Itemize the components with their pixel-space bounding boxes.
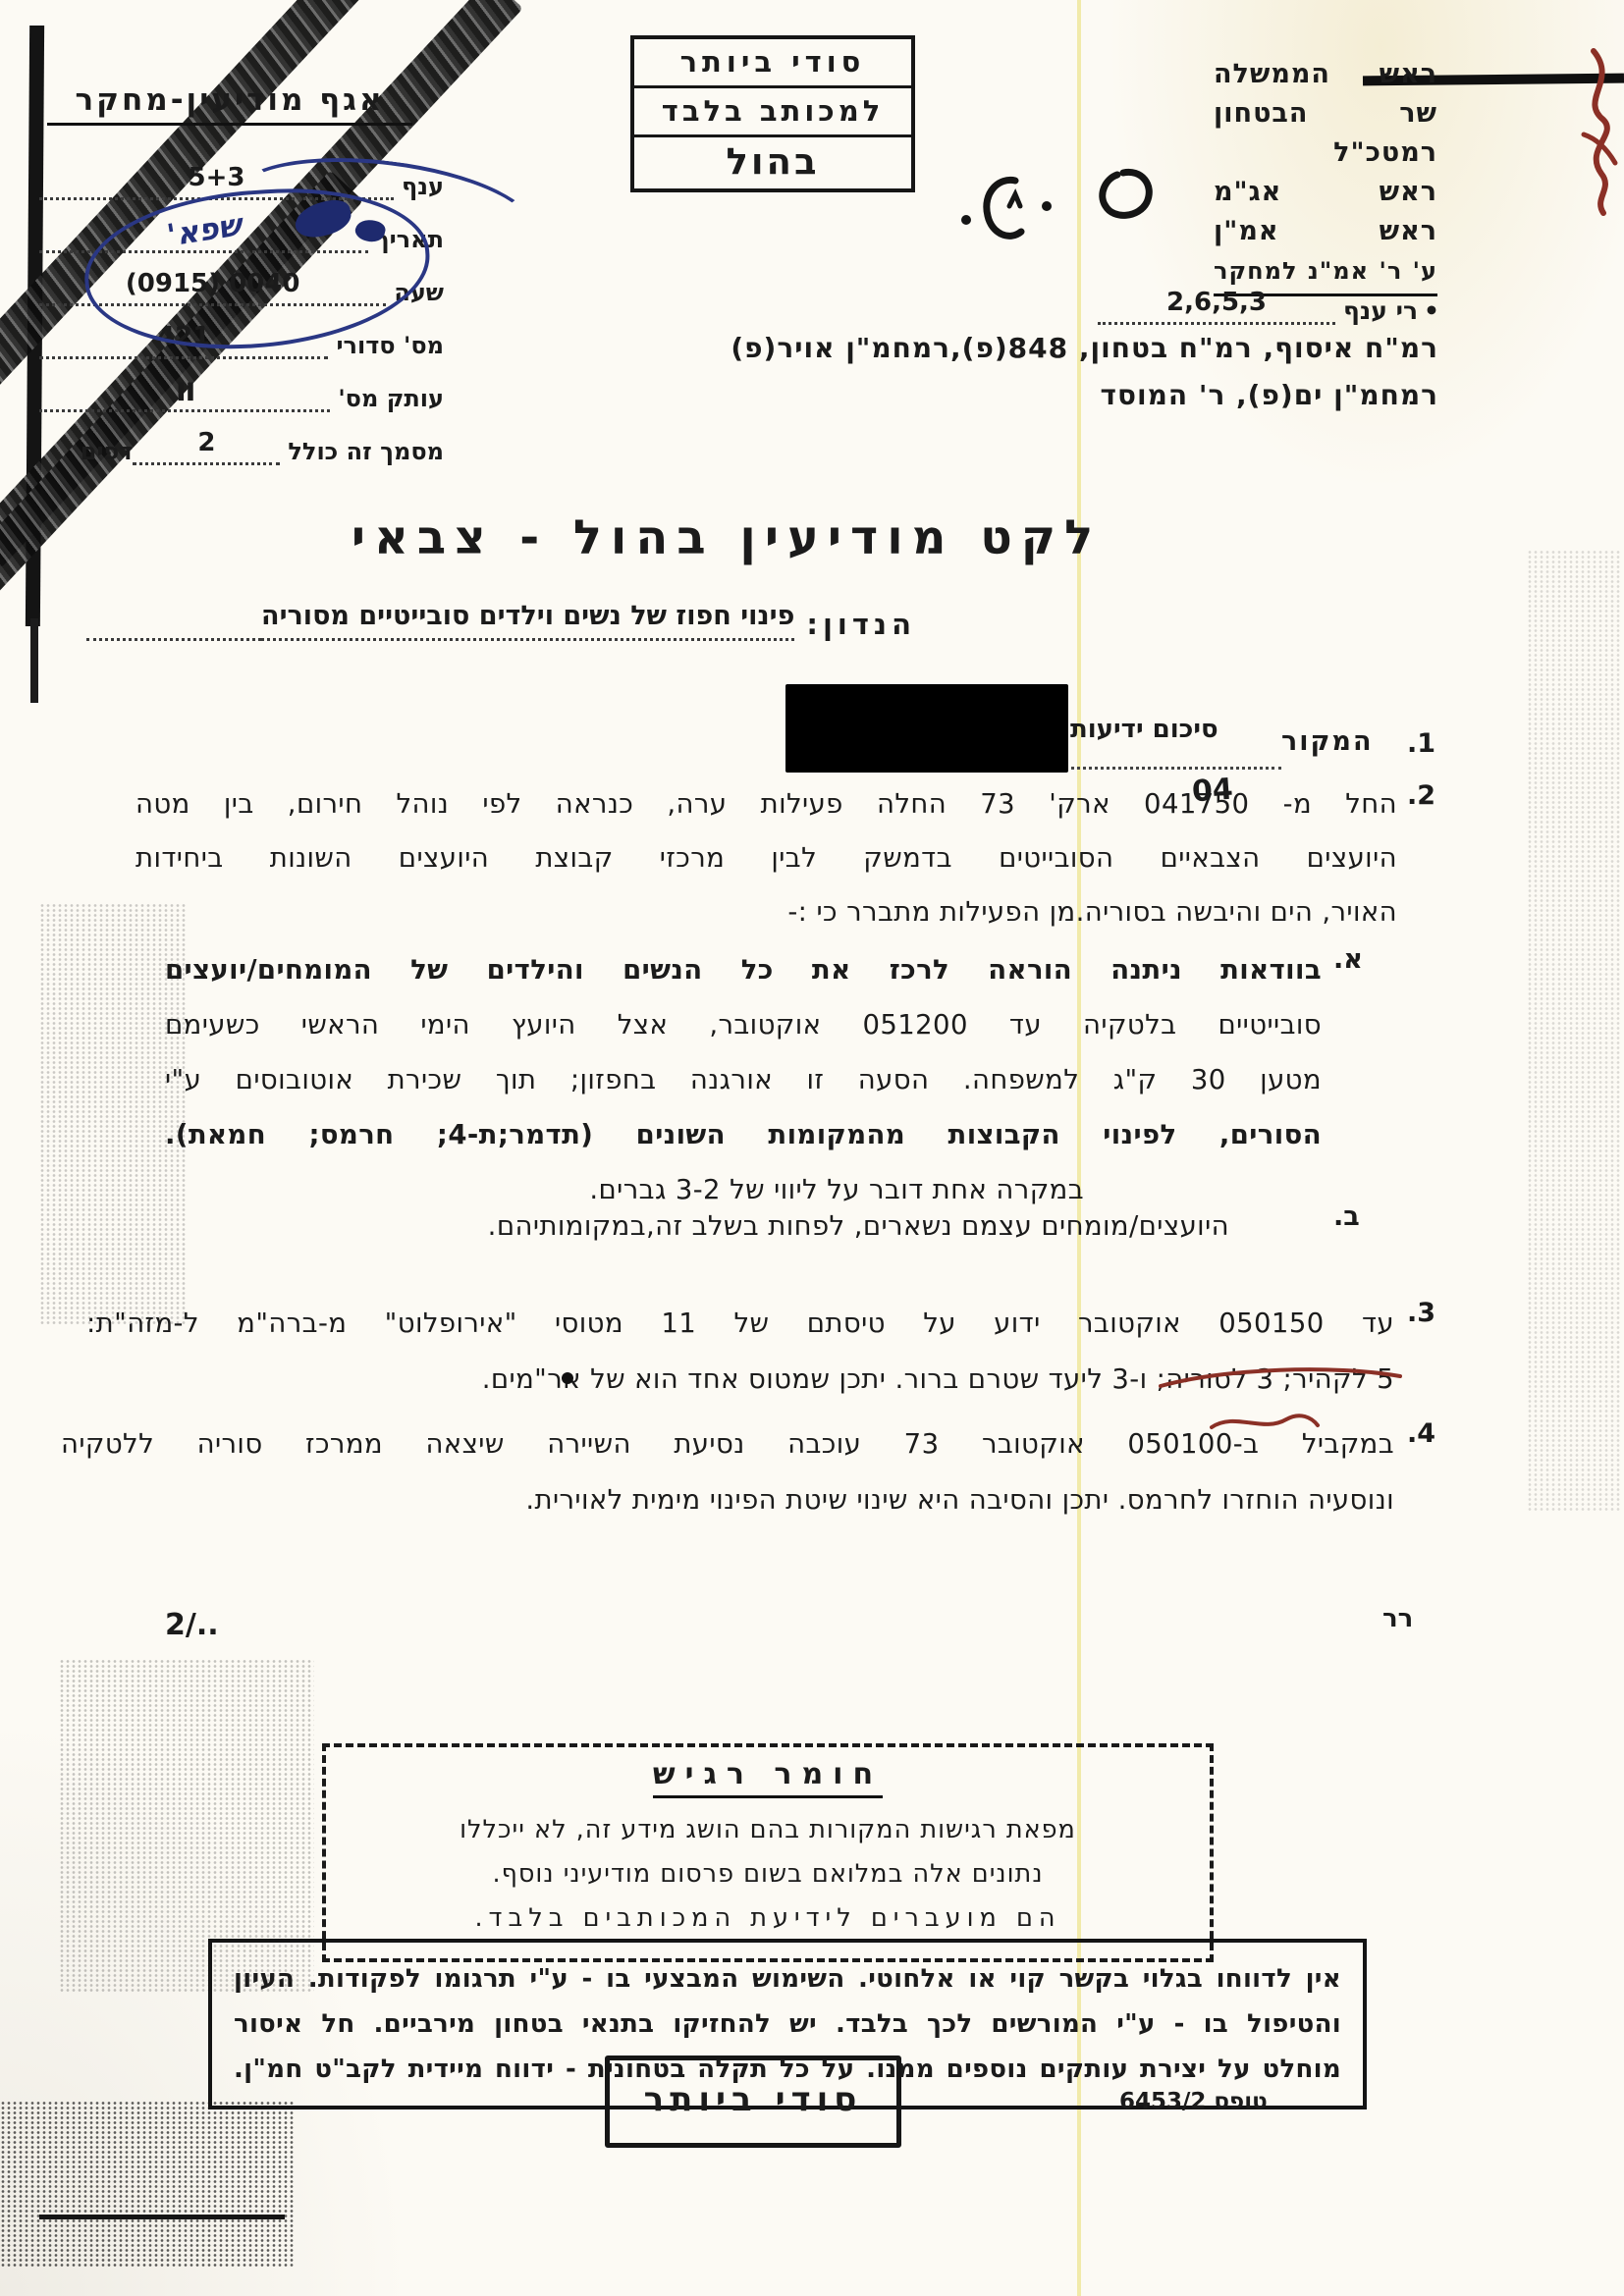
- branch-heads-value: 2,6,5,3: [1098, 287, 1335, 325]
- sensitive-material-line: נתונים אלה במלואם בשום פרסום מודיעיני נו…: [352, 1852, 1184, 1896]
- scanned-document-page: סודי ביותר למכותב בלבד בהול אגף מודיעין-…: [0, 0, 1624, 2296]
- department-title: אגף מודיעין-מחקר: [47, 82, 412, 126]
- continuation-mark: 2/..: [165, 1608, 219, 1642]
- scan-noise-line: [39, 2215, 285, 2219]
- red-pen-underline: [1157, 1362, 1404, 1392]
- red-pen-scribble: [1525, 41, 1623, 267]
- item-a-line: הסורים, לפינוי הקבוצות מהמקומות השונים (…: [165, 1107, 1322, 1162]
- distribution-head-agam: ראש אג"מ: [1214, 173, 1437, 212]
- distribution-chief-of-staff: רמטכ"ל: [1214, 133, 1437, 173]
- subject-line: הנדון: פינוי חפוז של נשים וילדים סובייטי…: [86, 601, 916, 641]
- field-serial-label: מס' סדורי: [328, 332, 444, 359]
- redaction-box: [785, 684, 1068, 773]
- page-count-prefix: מסמך זה כולל: [280, 438, 444, 465]
- handling-warning-line: והטיפול בו - ע"י המורשים לכך בלבד. יש לה…: [234, 2002, 1341, 2047]
- form-number: טופס 6453/2: [1119, 2089, 1268, 2114]
- item-b-line: היועצים/מומחים עצמם נשארים, לפחות בשלב ז…: [334, 1200, 1229, 1254]
- sensitive-material-title: חומר רגיש: [653, 1757, 883, 1798]
- subject-label: הנדון:: [794, 608, 916, 641]
- distribution-prime-minister: ראש הממשלה: [1214, 55, 1437, 94]
- classification-urgent: בהול: [634, 134, 911, 188]
- classification-addressee-only: למכותב בלבד: [634, 85, 911, 134]
- field-copy-number: עותק מס' וו: [39, 359, 444, 412]
- item-4-paragraph: במקביל ב-050100 אוקטובר 73 עוכבה נסיעת ה…: [61, 1416, 1394, 1528]
- handwritten-copy-number: וו: [175, 370, 193, 409]
- item-2-line: היועצים הצבאיים הסובייטים בדמשק לבין מרכ…: [135, 831, 1397, 885]
- field-copy-value: וו: [39, 374, 330, 412]
- item-3-line: עד 050150 אוקטובר ידוע על טיסתם של 11 מט…: [86, 1296, 1394, 1352]
- branch-heads-label: רי ענף: [1335, 296, 1418, 325]
- cc-line-2: רמחמ"ן ים(פ), ר' המוסד: [589, 371, 1438, 419]
- item-a-line: בוודאות ניתנה הוראה לרכז את כל הנשים והי…: [165, 942, 1322, 997]
- sensitive-material-line: הם מועברים לידיעת המכותבים בלבד.: [352, 1896, 1184, 1941]
- subject-text: פינוי חפוז של נשים וילדים סובייטיים מסור…: [261, 601, 794, 641]
- item-4-number: 4.: [1407, 1418, 1435, 1449]
- item-a-number: א.: [1333, 944, 1363, 975]
- sensitive-material-line: מפאת רגישות המקורות בהם הושג מידע זה, לא…: [352, 1808, 1184, 1852]
- field-page-count: מסמך זה כולל 2 דפים: [39, 412, 444, 465]
- handwritten-overlay-04: 04: [1191, 773, 1234, 810]
- document-title: לקט מודיעין בהול - צבאי: [255, 510, 1198, 565]
- item-4-line: ונוסעיה הוחזרו לחרמס. יתכן והסיבה היא שי…: [61, 1472, 1394, 1528]
- classification-top-secret: סודי ביותר: [634, 39, 911, 85]
- item-a-line: מטען 30 ק"ג למשפחה. הסעה זו אורגנה בחפזו…: [165, 1052, 1322, 1107]
- item-b-number: ב.: [1333, 1201, 1360, 1232]
- page-count-suffix: דפים: [73, 438, 134, 465]
- cc-line-1: רמ"ח איסוף, רמ"ח בטחון, 848(פ),רמחמ"ן או…: [589, 324, 1438, 372]
- bottom-classification-stamp: סודי ביותר: [605, 2056, 901, 2148]
- handwritten-initials: רר: [1382, 1604, 1413, 1633]
- field-copy-label: עותק מס': [330, 385, 444, 412]
- item-2-number: 2.: [1407, 780, 1435, 811]
- distribution-defense-minister: שר הבטחון: [1214, 94, 1437, 133]
- scan-noise-patch: [0, 2101, 295, 2268]
- handling-warning-line: אין לדווחו בגלוי בקשר קוי או אלחוטי. השי…: [234, 1956, 1341, 2002]
- item-a-line: סובייטיים בלטקיה עד 051200 אוקטובר, אצל …: [165, 997, 1322, 1052]
- item-2-line: האויר, הים והיבשה בסוריה.מן הפעילות מתבר…: [135, 885, 1397, 939]
- source-value: סיכום ידיעות: [1070, 715, 1218, 744]
- bullet-mark: •: [1418, 296, 1439, 325]
- scan-edge-bar-lower: [30, 618, 38, 703]
- subject-dotted-rule: [86, 637, 261, 641]
- item-3-number: 3.: [1407, 1298, 1435, 1328]
- handwritten-circle-marks: [931, 155, 1166, 263]
- item-a-paragraph: בוודאות ניתנה הוראה לרכז את כל הנשים והי…: [165, 942, 1322, 1217]
- distribution-head-aman: ראש אמ"ן: [1214, 212, 1437, 251]
- distribution-list: ראש הממשלה שר הבטחון רמטכ"ל ראש אג"מ ראש…: [1214, 55, 1437, 296]
- sensitive-material-box: חומר רגיש מפאת רגישות המקורות בהם הושג מ…: [322, 1743, 1214, 1962]
- page-count-value: 2: [133, 427, 280, 465]
- classification-stamp-box: סודי ביותר למכותב בלבד בהול: [630, 35, 915, 192]
- source-label: המקור: [1281, 726, 1374, 757]
- item-4-line: במקביל ב-050100 אוקטובר 73 עוכבה נסיעת ה…: [61, 1416, 1394, 1472]
- scan-noise-patch: [1527, 550, 1620, 1512]
- item-1-number: 1.: [1407, 728, 1435, 759]
- ink-blot-dot: [562, 1372, 573, 1384]
- branch-heads-line: • רי ענף 2,6,5,3: [1098, 287, 1439, 325]
